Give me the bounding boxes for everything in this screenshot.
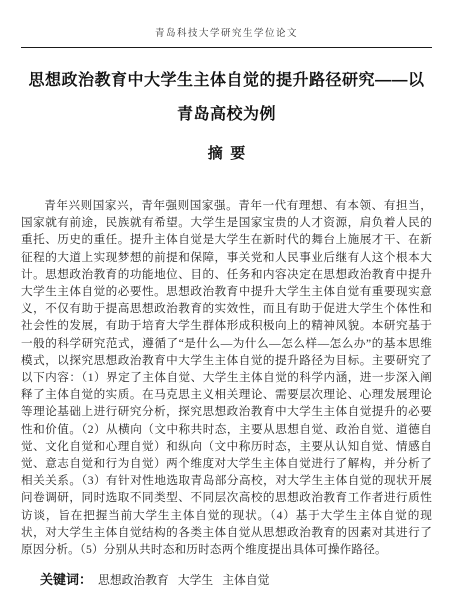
keywords-label: 关键词： [40,572,92,587]
thesis-abstract-page: 青岛科技大学研究生学位论文 思想政治教育中大学生主体自觉的提升路径研究——以青岛… [0,0,453,596]
keyword-item: 大学生 [178,573,213,587]
thesis-title: 思想政治教育中大学生主体自觉的提升路径研究——以青岛高校为例 [26,64,427,132]
keyword-item: 主体自觉 [222,573,269,587]
abstract-heading: 摘 要 [0,144,453,164]
running-header: 青岛科技大学研究生学位论文 [0,0,453,41]
keyword-item: 思想政治教育 [98,573,169,587]
keywords-row: 关键词：思想政治教育大学生主体自觉 [40,571,432,589]
abstract-body-paragraph: 青年兴则国家兴，青年强则国家强。青年一代有理想、有本领、有担当，国家就有前途，民… [21,197,432,558]
header-rule [21,47,432,48]
